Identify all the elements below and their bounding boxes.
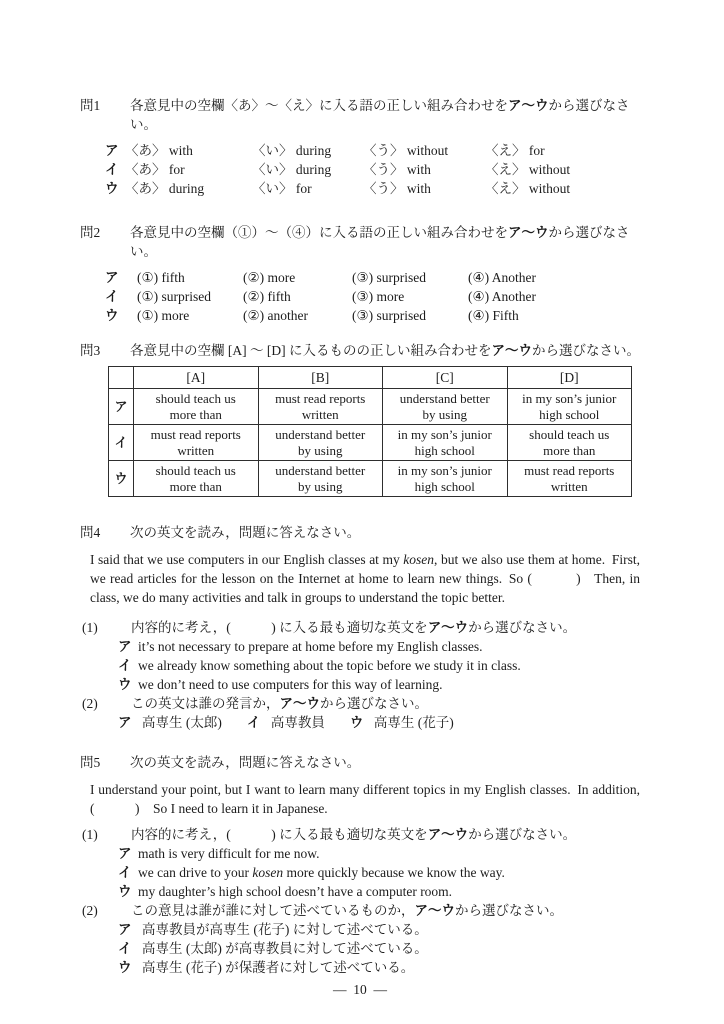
option-row-u: ウ 〈あ〉 during 〈い〉 for 〈う〉 with 〈え〉 withou… xyxy=(105,179,640,198)
sub-prompt-bold: ア～ウ xyxy=(428,620,469,635)
option-row-i: イ we already know something about the to… xyxy=(118,656,640,675)
option-text: we can drive to your kosen more quickly … xyxy=(138,863,505,882)
column-header-a: [A] xyxy=(134,367,259,389)
option-marker: ア xyxy=(118,920,142,939)
option-cell: 〈あ〉 for xyxy=(125,160,252,179)
column-header-d: [D] xyxy=(507,367,632,389)
sub-prompt-pre: この英文は誰の発言か， xyxy=(131,696,280,711)
table-header-row: [A] [B] [C] [D] xyxy=(109,367,632,389)
sub-question-label: (1) xyxy=(82,618,131,637)
option-marker: ウ xyxy=(118,882,138,901)
option-text-post: more quickly because we know the way. xyxy=(283,865,505,880)
option-text: 高専生 (花子) が保護者に対して述べている。 xyxy=(142,958,414,977)
table-cell: in my son’s juniorhigh school xyxy=(383,425,508,461)
option-marker: ア xyxy=(118,713,142,732)
question-2-options: ア (①) fifth (②) more (③) surprised (④) A… xyxy=(105,268,640,325)
question-3: 問3 各意見中の空欄 [A] ～ [D] に入るものの正しい組み合わせをア～ウか… xyxy=(80,341,640,497)
option-row-i: イ 高専生 (太郎) が高専教員に対して述べている。 xyxy=(118,939,640,958)
option-marker: イ xyxy=(118,863,138,882)
question-5-sub-1: (1) 内容的に考え，( ) に入る最も適切な英文をア～ウから選びなさい。 ア … xyxy=(80,825,640,901)
cell-line-1: understand better xyxy=(261,427,381,443)
exam-page: 問1 各意見中の空欄〈あ〉～〈え〉に入る語の正しい組み合わせをア～ウから選びなさ… xyxy=(0,0,724,1024)
option-cell: 〈い〉 during xyxy=(252,160,363,179)
option-cell: 〈う〉 with xyxy=(363,160,485,179)
option-marker: ウ xyxy=(118,958,142,977)
question-1-number: 問1 xyxy=(80,96,130,134)
answer-combination-table: [A] [B] [C] [D] ア should teach usmore th… xyxy=(108,366,632,497)
cell-line-2: more than xyxy=(136,407,256,423)
table-row: イ must read reportswritten understand be… xyxy=(109,425,632,461)
question-4-number: 問4 xyxy=(80,523,130,542)
question-3-prompt-pre: 各意見中の空欄 [A] ～ [D] に入るものの正しい組み合わせを xyxy=(130,343,491,358)
sub-prompt-bold: ア～ウ xyxy=(415,903,456,918)
option-cell: 〈い〉 during xyxy=(252,141,363,160)
passage-text: I said that we use computers in our Engl… xyxy=(90,552,403,567)
cell-line-1: should teach us xyxy=(136,391,256,407)
sub-question-label: (1) xyxy=(82,825,131,844)
cell-line-2: by using xyxy=(261,479,381,495)
cell-line-1: must read reports xyxy=(136,427,256,443)
sub-question-label: (2) xyxy=(82,694,131,713)
italic-kosen: kosen xyxy=(403,552,434,567)
cell-line-2: by using xyxy=(261,443,381,459)
option-marker: ウ xyxy=(350,713,374,732)
option-marker: イ xyxy=(105,160,125,179)
option-cell: (②) another xyxy=(243,306,352,325)
option-cell: (②) fifth xyxy=(243,287,352,306)
sub-prompt-pre: 内容的に考え，( ) に入る最も適切な英文を xyxy=(131,827,428,842)
sub-question-heading: (2) この意見は誰が誰に対して述べているものか，ア～ウから選びなさい。 xyxy=(82,901,640,920)
option-marker: ア xyxy=(105,268,137,287)
sub-question-label: (2) xyxy=(82,901,131,920)
option-cell: (③) surprised xyxy=(352,306,468,325)
option-cell: (③) more xyxy=(352,287,468,306)
sub-prompt-post: から選びなさい。 xyxy=(468,827,576,842)
option-u: ウ高専生 (花子) xyxy=(350,713,454,732)
option-row-a: ア 〈あ〉 with 〈い〉 during 〈う〉 without 〈え〉 fo… xyxy=(105,141,640,160)
sub-question-options-inline: ア高専生 (太郎) イ高専教員 ウ高専生 (花子) xyxy=(118,713,640,732)
option-row-a: ア 高専教員が高専生 (花子) に対して述べている。 xyxy=(118,920,640,939)
italic-kosen: kosen xyxy=(252,865,283,880)
cell-line-1: must read reports xyxy=(510,463,630,479)
option-cell: 〈い〉 for xyxy=(252,179,363,198)
table-cell: in my son’s juniorhigh school xyxy=(383,461,508,497)
option-marker: ウ xyxy=(105,179,125,198)
table-cell: understand betterby using xyxy=(258,461,383,497)
option-text: we don’t need to use computers for this … xyxy=(138,675,443,694)
table-cell: should teach usmore than xyxy=(134,389,259,425)
option-cell: (①) surprised xyxy=(137,287,243,306)
option-cell: 〈え〉 without xyxy=(485,160,570,179)
row-marker: ウ xyxy=(109,461,134,497)
table-corner-cell xyxy=(109,367,134,389)
option-text: we already know something about the topi… xyxy=(138,656,521,675)
column-header-b: [B] xyxy=(258,367,383,389)
option-cell: (④) Another xyxy=(468,287,536,306)
sub-prompt-post: から選びなさい。 xyxy=(320,696,428,711)
option-cell: (④) Fifth xyxy=(468,306,519,325)
option-marker: ア xyxy=(118,637,138,656)
question-3-number: 問3 xyxy=(80,341,130,360)
option-cell: 〈う〉 without xyxy=(363,141,485,160)
cell-line-1: in my son’s junior xyxy=(510,391,630,407)
option-cell: (②) more xyxy=(243,268,352,287)
cell-line-2: more than xyxy=(510,443,630,459)
question-4-heading: 問4 次の英文を読み，問題に答えなさい。 xyxy=(80,523,640,542)
option-cell: (①) more xyxy=(137,306,243,325)
option-marker: ア xyxy=(118,844,138,863)
cell-line-2: written xyxy=(136,443,256,459)
option-row-u: ウ 高専生 (花子) が保護者に対して述べている。 xyxy=(118,958,640,977)
question-5: 問5 次の英文を読み，問題に答えなさい。 I understand your p… xyxy=(80,753,640,977)
option-row-u: ウ we don’t need to use computers for thi… xyxy=(118,675,640,694)
table-row: ア should teach usmore than must read rep… xyxy=(109,389,632,425)
page-number: — 10 — xyxy=(80,980,640,999)
option-text-pre: my daughter’s high school doesn’t have a… xyxy=(138,884,452,899)
cell-line-2: by using xyxy=(385,407,505,423)
question-2-number: 問2 xyxy=(80,223,130,261)
table-cell: in my son’s juniorhigh school xyxy=(507,389,632,425)
option-cell: (④) Another xyxy=(468,268,536,287)
sub-question-heading: (1) 内容的に考え，( ) に入る最も適切な英文をア～ウから選びなさい。 xyxy=(82,825,640,844)
sub-prompt-post: から選びなさい。 xyxy=(455,903,563,918)
question-3-prompt: 各意見中の空欄 [A] ～ [D] に入るものの正しい組み合わせをア～ウから選び… xyxy=(130,341,640,360)
sub-question-prompt: この意見は誰が誰に対して述べているものか，ア～ウから選びなさい。 xyxy=(131,901,563,920)
column-header-c: [C] xyxy=(383,367,508,389)
question-2-prompt-bold: ア～ウ xyxy=(508,225,549,240)
option-cell: (①) fifth xyxy=(137,268,243,287)
question-1-prompt-bold: ア～ウ xyxy=(508,98,549,113)
option-cell: 〈え〉 for xyxy=(485,141,545,160)
question-2-heading: 問2 各意見中の空欄（①）～（④）に入る語の正しい組み合わせをア～ウから選びなさ… xyxy=(80,223,640,261)
option-marker: イ xyxy=(105,287,137,306)
option-cell: (③) surprised xyxy=(352,268,468,287)
question-1-prompt: 各意見中の空欄〈あ〉～〈え〉に入る語の正しい組み合わせをア～ウから選びなさい。 xyxy=(130,96,640,134)
question-1-prompt-pre: 各意見中の空欄〈あ〉～〈え〉に入る語の正しい組み合わせを xyxy=(130,98,508,113)
sub-prompt-bold: ア～ウ xyxy=(428,827,469,842)
row-marker: イ xyxy=(109,425,134,461)
sub-question-prompt: 内容的に考え，( ) に入る最も適切な英文をア～ウから選びなさい。 xyxy=(131,825,576,844)
option-cell: 〈え〉 without xyxy=(485,179,570,198)
question-4-passage: I said that we use computers in our Engl… xyxy=(90,550,640,607)
option-row-u: ウ my daughter’s high school doesn’t have… xyxy=(118,882,640,901)
cell-line-1: should teach us xyxy=(136,463,256,479)
sub-question-options: ア math is very difficult for me now. イ w… xyxy=(118,844,640,901)
table-cell: should teach usmore than xyxy=(507,425,632,461)
option-marker: イ xyxy=(247,713,271,732)
sub-question-options: ア 高専教員が高専生 (花子) に対して述べている。 イ 高専生 (太郎) が高… xyxy=(118,920,640,977)
question-5-prompt: 次の英文を読み，問題に答えなさい。 xyxy=(130,753,360,772)
cell-line-2: high school xyxy=(385,479,505,495)
table-cell: understand betterby using xyxy=(258,425,383,461)
question-1-options: ア 〈あ〉 with 〈い〉 during 〈う〉 without 〈え〉 fo… xyxy=(105,141,640,198)
option-marker: イ xyxy=(118,939,142,958)
question-2: 問2 各意見中の空欄（①）～（④）に入る語の正しい組み合わせをア～ウから選びなさ… xyxy=(80,223,640,325)
cell-line-2: written xyxy=(261,407,381,423)
sub-prompt-pre: この意見は誰が誰に対して述べているものか， xyxy=(131,903,415,918)
table-cell: must read reportswritten xyxy=(258,389,383,425)
question-4-prompt: 次の英文を読み，問題に答えなさい。 xyxy=(130,523,360,542)
question-1-heading: 問1 各意見中の空欄〈あ〉～〈え〉に入る語の正しい組み合わせをア～ウから選びなさ… xyxy=(80,96,640,134)
option-i: イ高専教員 xyxy=(247,713,325,732)
question-4-sub-1: (1) 内容的に考え，( ) に入る最も適切な英文をア～ウから選びなさい。 ア … xyxy=(80,618,640,694)
cell-line-2: high school xyxy=(385,443,505,459)
option-row-a: ア math is very difficult for me now. xyxy=(118,844,640,863)
question-3-heading: 問3 各意見中の空欄 [A] ～ [D] に入るものの正しい組み合わせをア～ウか… xyxy=(80,341,640,360)
option-row-i: イ we can drive to your kosen more quickl… xyxy=(118,863,640,882)
cell-line-2: written xyxy=(510,479,630,495)
question-4-sub-2: (2) この英文は誰の発言か，ア～ウから選びなさい。 ア高専生 (太郎) イ高専… xyxy=(80,694,640,732)
option-marker: イ xyxy=(118,656,138,675)
option-marker: ウ xyxy=(118,675,138,694)
option-text: 高専教員 xyxy=(271,713,325,732)
question-1: 問1 各意見中の空欄〈あ〉～〈え〉に入る語の正しい組み合わせをア～ウから選びなさ… xyxy=(80,96,640,198)
option-text: 高専教員が高専生 (花子) に対して述べている。 xyxy=(142,920,428,939)
table-cell: must read reportswritten xyxy=(507,461,632,497)
question-5-number: 問5 xyxy=(80,753,130,772)
cell-line-1: understand better xyxy=(261,463,381,479)
question-3-prompt-bold: ア～ウ xyxy=(491,343,532,358)
sub-question-heading: (1) 内容的に考え，( ) に入る最も適切な英文をア～ウから選びなさい。 xyxy=(82,618,640,637)
sub-question-prompt: 内容的に考え，( ) に入る最も適切な英文をア～ウから選びなさい。 xyxy=(131,618,576,637)
option-cell: 〈あ〉 with xyxy=(125,141,252,160)
question-2-prompt: 各意見中の空欄（①）～（④）に入る語の正しい組み合わせをア～ウから選びなさい。 xyxy=(130,223,640,261)
cell-line-1: must read reports xyxy=(261,391,381,407)
option-row-a: ア it’s not necessary to prepare at home … xyxy=(118,637,640,656)
option-text: 高専生 (太郎) xyxy=(142,713,222,732)
option-text: it’s not necessary to prepare at home be… xyxy=(138,637,483,656)
question-5-heading: 問5 次の英文を読み，問題に答えなさい。 xyxy=(80,753,640,772)
option-text: math is very difficult for me now. xyxy=(138,844,319,863)
cell-line-2: more than xyxy=(136,479,256,495)
option-marker: ア xyxy=(105,141,125,160)
option-a: ア高専生 (太郎) xyxy=(118,713,222,732)
sub-prompt-post: から選びなさい。 xyxy=(468,620,576,635)
option-text: 高専生 (太郎) が高専教員に対して述べている。 xyxy=(142,939,428,958)
option-row-i: イ 〈あ〉 for 〈い〉 during 〈う〉 with 〈え〉 withou… xyxy=(105,160,640,179)
row-marker: ア xyxy=(109,389,134,425)
option-row-a: ア (①) fifth (②) more (③) surprised (④) A… xyxy=(105,268,640,287)
question-5-sub-2: (2) この意見は誰が誰に対して述べているものか，ア～ウから選びなさい。 ア 高… xyxy=(80,901,640,977)
question-2-prompt-pre: 各意見中の空欄（①）～（④）に入る語の正しい組み合わせを xyxy=(130,225,508,240)
table-cell: should teach usmore than xyxy=(134,461,259,497)
table-cell: understand betterby using xyxy=(383,389,508,425)
cell-line-1: in my son’s junior xyxy=(385,463,505,479)
option-marker: ウ xyxy=(105,306,137,325)
sub-prompt-pre: 内容的に考え，( ) に入る最も適切な英文を xyxy=(131,620,428,635)
question-5-passage: I understand your point, but I want to l… xyxy=(90,780,640,818)
sub-question-options: ア it’s not necessary to prepare at home … xyxy=(118,637,640,694)
table-cell: must read reportswritten xyxy=(134,425,259,461)
option-cell: 〈う〉 with xyxy=(363,179,485,198)
option-cell: 〈あ〉 during xyxy=(125,179,252,198)
option-text-pre: we can drive to your xyxy=(138,865,252,880)
table-row: ウ should teach usmore than understand be… xyxy=(109,461,632,497)
cell-line-1: should teach us xyxy=(510,427,630,443)
cell-line-1: understand better xyxy=(385,391,505,407)
cell-line-2: high school xyxy=(510,407,630,423)
option-row-u: ウ (①) more (②) another (③) surprised (④)… xyxy=(105,306,640,325)
option-text: 高専生 (花子) xyxy=(374,713,454,732)
option-row-i: イ (①) surprised (②) fifth (③) more (④) A… xyxy=(105,287,640,306)
question-3-prompt-post: から選びなさい。 xyxy=(532,343,640,358)
question-4: 問4 次の英文を読み，問題に答えなさい。 I said that we use … xyxy=(80,523,640,732)
sub-prompt-bold: ア～ウ xyxy=(280,696,321,711)
option-text-pre: math is very difficult for me now. xyxy=(138,846,319,861)
option-text: my daughter’s high school doesn’t have a… xyxy=(138,882,452,901)
cell-line-1: in my son’s junior xyxy=(385,427,505,443)
sub-question-prompt: この英文は誰の発言か，ア～ウから選びなさい。 xyxy=(131,694,428,713)
sub-question-heading: (2) この英文は誰の発言か，ア～ウから選びなさい。 xyxy=(82,694,640,713)
